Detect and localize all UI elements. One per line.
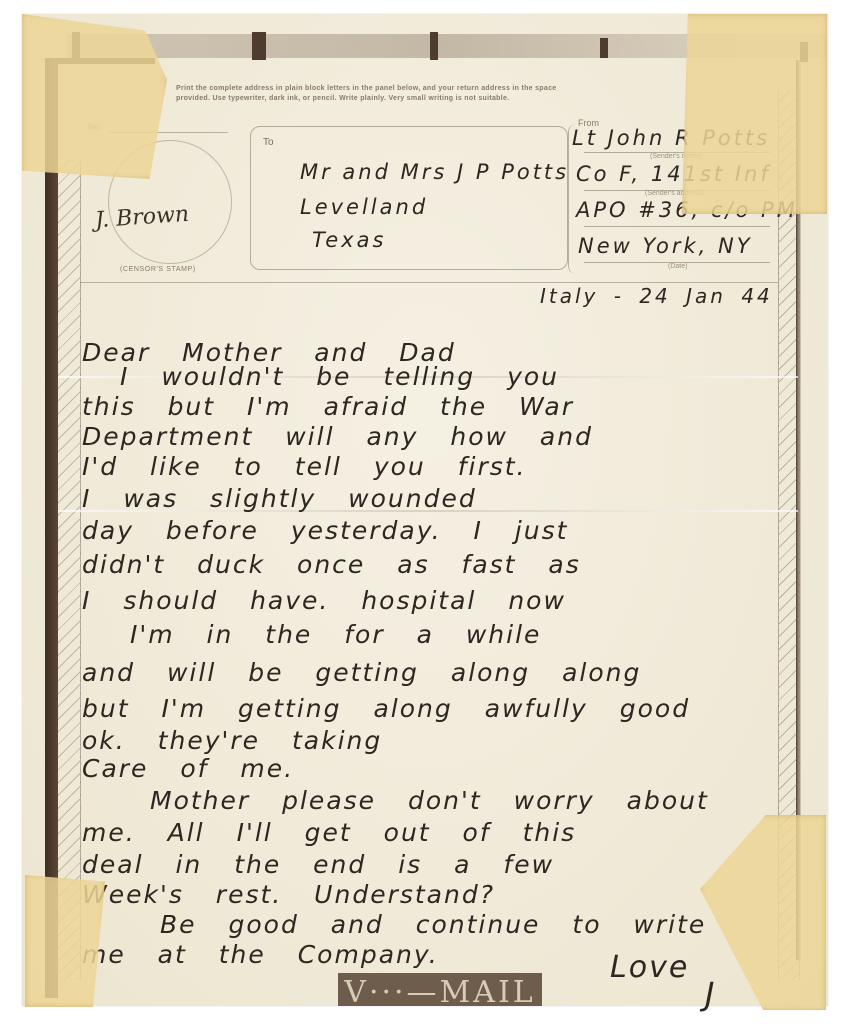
letter-line: I wouldn't be telling you [120,362,559,391]
letter-line: and will be getting along along [82,658,641,687]
letter-line: Mother please don't worry about [150,786,709,815]
letter-line: this but I'm afraid the War [82,392,574,421]
tape-top-left [22,14,167,179]
letter-line: Week's rest. Understand? [82,880,495,909]
frame-left-border [45,58,58,998]
letter-line: me at the Company. [82,940,439,969]
instructions-line-1: Print the complete address in plain bloc… [176,84,736,94]
letter-line: I was slightly wounded [82,484,477,513]
recipient-line-1: Mr and Mrs J P Potts [300,160,569,184]
letter-line: ok. they're taking [82,726,382,755]
tape-bottom-left [25,875,105,1007]
letter-line: didn't duck once as fast as [82,550,581,579]
letter-line: Department will any how and [82,422,593,451]
form-instructions: Print the complete address in plain bloc… [176,84,736,104]
tape-top-right [682,14,827,214]
letter-line: I'd like to tell you first. [82,452,527,481]
register-mark [600,38,608,58]
instructions-line-2: provided. Use typewriter, dark ink, or p… [176,94,736,104]
letter-dateline: Italy - 24 Jan 44 [540,284,773,308]
sender-city: New York, NY [578,234,753,258]
letter-line: Care of me. [82,754,294,783]
sender-apo-line [584,226,770,227]
header-divider [80,282,778,283]
vmail-logo: V···—MAIL [338,973,542,1006]
date-caption: (Date) [668,263,687,270]
letter-closing: Love [610,950,689,985]
recipient-line-2: Levelland [300,195,428,219]
letter-line: Be good and continue to write [160,910,706,939]
letter-line: deal in the end is a few [82,850,554,879]
censor-stamp-label: (CENSOR'S STAMP) [120,266,196,273]
register-mark [252,32,260,60]
letter-line: I'm in the for a while [130,620,541,649]
letter-line: but I'm getting along awfully good [82,694,690,723]
letter-line: I should have. hospital now [82,586,566,615]
letter-line: day before yesterday. I just [82,516,568,545]
hatched-margin-left [58,160,81,980]
register-mark [430,32,438,60]
vmail-logo-text: V···—MAIL [338,975,542,1006]
letter-line: me. All I'll get out of this [82,818,576,847]
register-mark [260,32,266,60]
recipient-line-3: Texas [312,228,386,252]
to-label: To [263,137,274,148]
letter-signature: J [705,975,716,1013]
